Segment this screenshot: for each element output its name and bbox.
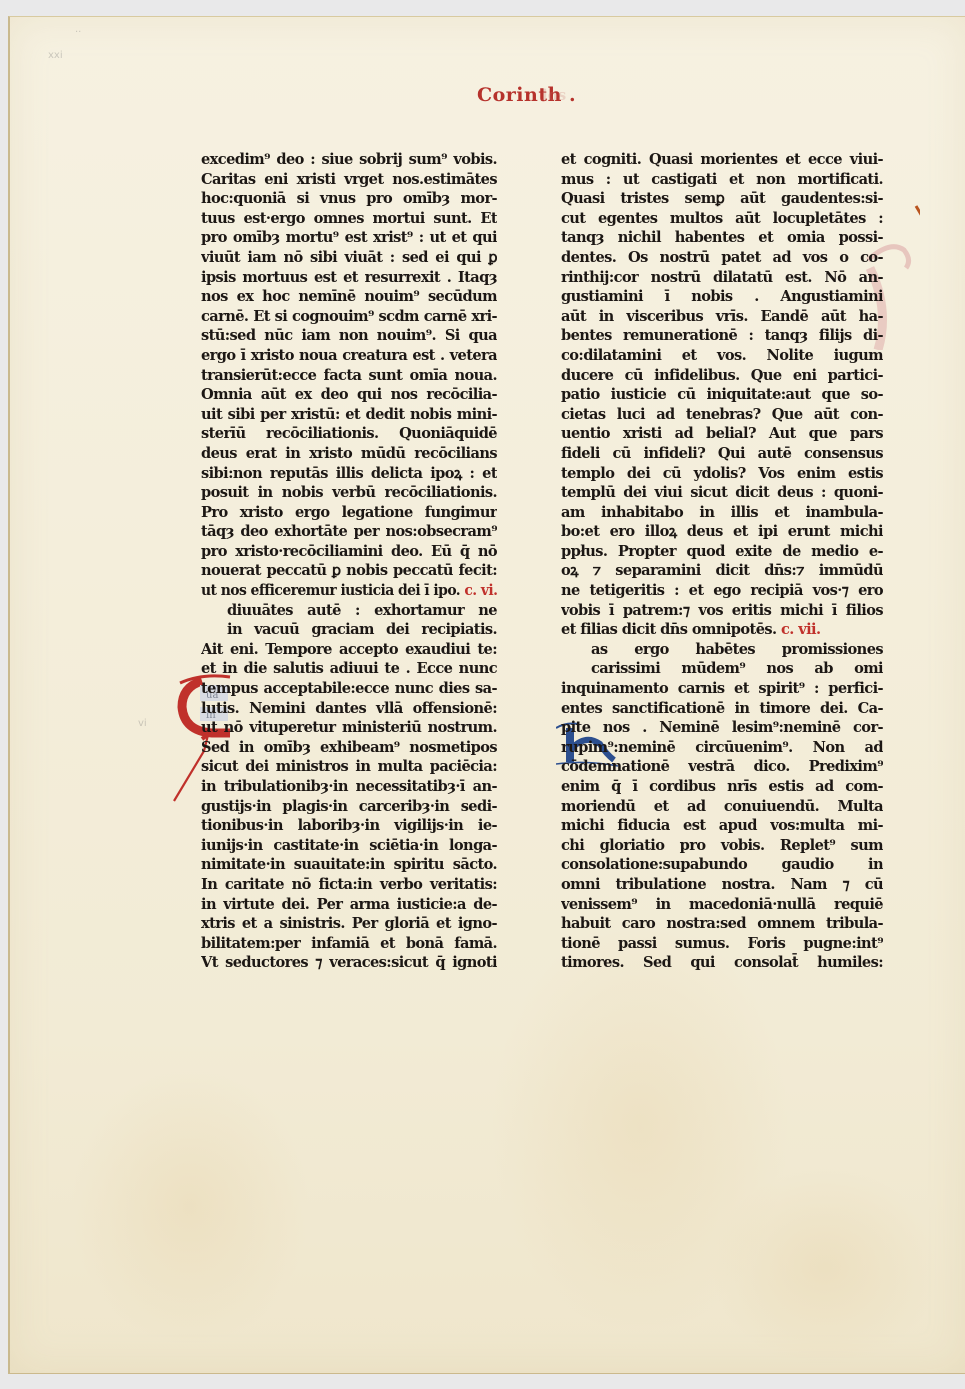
text-line: sibi:non reputās illis delicta ipoꝝ : et: [201, 464, 497, 484]
text-line: lutis. Nemini dantes vllā offensionē:: [201, 699, 497, 719]
text-line: enim q̄ ī cordibus nrīs estis ad com-: [561, 777, 883, 797]
text-line: transierūt:ecce facta sunt omīa noua.: [201, 366, 497, 386]
text-line: pro omībȝ mortu⁹ est xrist⁹ : ut et qui: [201, 228, 497, 248]
text-line: Quasi tristes semꝑ aūt gaudentes:si-: [561, 189, 883, 209]
text-line: bentes remunerationē : tanqȝ filijs di-: [561, 326, 883, 346]
text-line: iunijs·in castitate·in sciētia·in longa-: [201, 836, 497, 856]
text-line: aūt in visceribus vrīs. Eandē aūt ha-: [561, 307, 883, 327]
text-line: omni tribulatione nostra. Nam ⁊ cū: [561, 875, 883, 895]
text-line: mus : ut castigati et non mortificati.: [561, 170, 883, 190]
text-column-right: et cogniti. Quasi morientes et ecce viui…: [561, 150, 883, 973]
text-line: carissimi mūdem⁹ nos ab omi: [561, 659, 883, 679]
text-line: ut nō vituperetur ministeriū nostrum.: [201, 718, 497, 738]
pencil-note-top-left: xxi: [48, 50, 63, 61]
text-line: tanqȝ nichil habentes et omia possi-: [561, 228, 883, 248]
text-line: chi gloriatio pro vobis. Replet⁹ sum: [561, 836, 883, 856]
text-line: Caritas eni xristi vrget nos.estimātes: [201, 170, 497, 190]
text-line: rupim⁹:neminē circūuenim⁹. Non ad: [561, 738, 883, 758]
text-line: deus erat in xristo mūdū recōcilians: [201, 444, 497, 464]
text-line: In caritate nō ficta:in verbo veritatis:: [201, 875, 497, 895]
text-line: uit sibi per xristū: et dedit nobis mini…: [201, 405, 497, 425]
text-line: entes sanctificationē in timore dei. Ca-: [561, 699, 883, 719]
text-line: vobis ī patrem:⁊ vos eritis michi ī fili…: [561, 601, 883, 621]
text-line: diuuātes autē : exhortamur ne: [201, 601, 497, 621]
text-line: as ergo habētes promissiones: [561, 640, 883, 660]
running-head-showthrough: ios: [542, 86, 566, 104]
text-line: dentes. Os nostrū patet ad vos o co-: [561, 248, 883, 268]
text-line: patio iusticie cū iniquitate:aut que so-: [561, 385, 883, 405]
text-line: gustijs·in plagis·in carceribȝ·in sedi-: [201, 797, 497, 817]
text-line: tāqȝ deo exhortāte per nos:obsecram⁹: [201, 522, 497, 542]
text-line: rinthij:cor nostrū dilatatū est. Nō an-: [561, 268, 883, 288]
text-line: viuūt iam nō sibi viuāt : sed ei qui ꝑ: [201, 248, 497, 268]
text-line: ut nos efficeremur iusticia dei ī ipo. c…: [201, 581, 497, 601]
paper-stain: [70, 1067, 310, 1347]
text-line: fideli cū infideli? Qui autē consensus: [561, 444, 883, 464]
text-line: in tribulationibȝ·in necessitatibȝ·ī an-: [201, 777, 497, 797]
text-line: tempus acceptabile:ecce nunc dies sa-: [201, 679, 497, 699]
text-line: ergo ī xristo noua creatura est . vetera: [201, 346, 497, 366]
text-line: tionibus·in laboribȝ·in vigilijs·in ie-: [201, 816, 497, 836]
text-line: tionē passi sumus. Foris pugne:int⁹: [561, 934, 883, 954]
text-line: tuus est·ergo omnes mortui sunt. Et: [201, 209, 497, 229]
text-line: Sed in omībȝ exhibeam⁹ nosmetipos: [201, 738, 497, 758]
text-line: excedim⁹ deo : siue sobrij sum⁹ vobis.: [201, 150, 497, 170]
text-line: ne tetigeritis : et ego recipiā vos·⁊ er…: [561, 581, 883, 601]
text-line: sterīū recōciliationis. Quoniāquidē: [201, 424, 497, 444]
text-line: in vacuū graciam dei recipiatis.: [201, 620, 497, 640]
paper-stain: [710, 1167, 940, 1367]
text-line: et cogniti. Quasi morientes et ecce viui…: [561, 150, 883, 170]
text-line: posuit in nobis verbū recōciliationis.: [201, 483, 497, 503]
text-line: nos ex hoc nemīnē nouim⁹ secūdum: [201, 287, 497, 307]
text-line: ipsis mortuus est et resurrexit . Itaqȝ: [201, 268, 497, 288]
text-line: uentio xristi ad belial? Aut que pars: [561, 424, 883, 444]
text-line: et filias dicit dn̄s omnipotēs. c. vii.: [561, 620, 883, 640]
text-line: oꝝ ⁊ separamini dicit dn̄s:⁊ immūdū: [561, 561, 883, 581]
text-line: ducere cū infidelibus. Que eni partici-: [561, 366, 883, 386]
text-line: et in die salutis adiuui te . Ecce nunc: [201, 659, 497, 679]
text-line: am inhabitabo in illis et inambula-: [561, 503, 883, 523]
text-line: nouerat peccatū ꝑ nobis peccatū fecit:: [201, 561, 497, 581]
text-line: moriendū et ad conuiuendū. Multa: [561, 797, 883, 817]
chapter-marker: c. vi.: [460, 582, 497, 599]
text-line: cietas luci ad tenebras? Que aūt con-: [561, 405, 883, 425]
text-line: in virtute dei. Per arma iusticie:a de-: [201, 895, 497, 915]
text-line: pite nos . Neminē lesim⁹:neminē cor-: [561, 718, 883, 738]
pencil-note-top: ··: [75, 27, 81, 38]
text-line: templū dei viui sicut dicit deus : quoni…: [561, 483, 883, 503]
text-line: gustiamini ī nobis . Angustiamini: [561, 287, 883, 307]
text-line: cōdemnationē vestrā dico. Predixim⁹: [561, 757, 883, 777]
text-line: carnē. Et si cognouim⁹ scdm carnē xri-: [201, 307, 497, 327]
text-line: Vt seductores ⁊ veraces:sicut q̄ ignoti: [201, 953, 497, 973]
text-line: venissem⁹ in macedoniā·nullā requiē: [561, 895, 883, 915]
text-line: Pro xristo ergo legatione fungimur: [201, 503, 497, 523]
text-line: bo:et ero illoꝝ deus et ipi erunt michi: [561, 522, 883, 542]
text-line: habuit caro nostra:sed omnem tribula-: [561, 914, 883, 934]
text-line: stū:sed nūc iam non nouim⁹. Si qua: [201, 326, 497, 346]
text-line: bilitatem:per infamiā et bonā famā.: [201, 934, 497, 954]
text-line: ppłus. Propter quod exite de medio e-: [561, 542, 883, 562]
text-line: consolatione:supabundo gaudio in: [561, 855, 883, 875]
text-line: michi fiducia est apud vos:multa mi-: [561, 816, 883, 836]
pencil-note-left-margin: vi: [138, 718, 147, 729]
text-line: nimitate·in suauitate:in spiritu sācto.: [201, 855, 497, 875]
text-column-left: excedim⁹ deo : siue sobrij sum⁹ vobis.Ca…: [201, 150, 497, 973]
text-line: inquinamento carnis et spirit⁹ : perfici…: [561, 679, 883, 699]
text-line: templo dei cū ydolis? Vos enim estis: [561, 464, 883, 484]
text-line: xtris et a sinistris. Per gloriā et igno…: [201, 914, 497, 934]
text-line: Ait eni. Tempore accepto exaudiui te:: [201, 640, 497, 660]
text-line: co:dilatamini et vos. Nolite iugum: [561, 346, 883, 366]
chapter-marker: c. vii.: [776, 621, 820, 638]
text-line: cut egentes multos aūt locupletātes :: [561, 209, 883, 229]
text-line: pro xristo·recōciliamini deo. Eū q̄ nō: [201, 542, 497, 562]
text-line: hoc:quoniā si vnus pro omībȝ mor-: [201, 189, 497, 209]
text-line: timores. Sed qui consolat̄ humiles:: [561, 953, 883, 973]
text-line: Omnia aūt ex deo qui nos recōcilia-: [201, 385, 497, 405]
text-line: sicut dei ministros in multa paciēcia:: [201, 757, 497, 777]
